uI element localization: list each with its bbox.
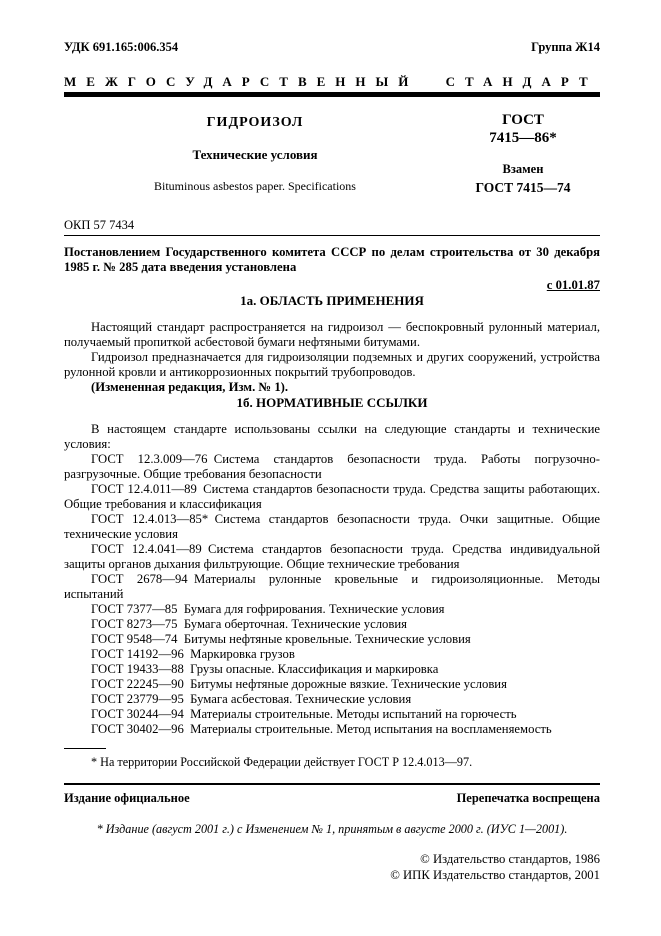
references-list: ГОСТ 12.3.009—76 Система стандартов безо… xyxy=(64,452,600,737)
decree-paragraph: Постановлением Государственного комитета… xyxy=(64,245,600,275)
official-edition-label: Издание официальное xyxy=(64,791,190,806)
copyright-line-1986: © Издательство стандартов, 1986 xyxy=(64,852,600,868)
document-page: УДК 691.165:006.354 Группа Ж14 МЕЖГОСУДА… xyxy=(0,0,661,936)
document-title-english: Bituminous asbestos paper. Specification… xyxy=(64,179,446,194)
scope-paragraph: Гидроизол предназначается для гидроизоля… xyxy=(64,350,600,380)
gost-label: ГОСТ xyxy=(446,111,600,129)
scope-paragraphs: Настоящий стандарт распространяется на г… xyxy=(64,320,600,395)
reference-item: ГОСТ 12.3.009—76 Система стандартов безо… xyxy=(64,452,600,482)
reference-item: ГОСТ 19433—88 Грузы опасные. Классификац… xyxy=(64,662,600,677)
reference-item: ГОСТ 22245—90 Битумы нефтяные дорожные в… xyxy=(64,677,600,692)
okp-code: ОКП 57 7434 xyxy=(64,218,600,233)
udk-number: УДК 691.165:006.354 xyxy=(64,40,178,55)
reference-item: ГОСТ 12.4.013—85* Система стандартов без… xyxy=(64,512,600,542)
standard-type-title: МЕЖГОСУДАРСТВЕННЫЙ СТАНДАРТ xyxy=(64,74,600,89)
copyright-block: © Издательство стандартов, 1986 © ИПК Из… xyxy=(64,852,600,883)
reference-item: ГОСТ 12.4.011—89 Система стандартов безо… xyxy=(64,482,600,512)
replaced-standard-number: ГОСТ 7415—74 xyxy=(446,180,600,195)
reprint-prohibited-label: Перепечатка воспрещена xyxy=(457,791,600,806)
edition-note: * Издание (август 2001 г.) с Изменением … xyxy=(64,822,600,837)
scope-paragraph: (Измененная редакция, Изм. № 1). xyxy=(64,380,600,395)
reference-item: ГОСТ 7377—85 Бумага для гофрирования. Те… xyxy=(64,602,600,617)
reference-item: ГОСТ 23779—95 Бумага асбестовая. Техниче… xyxy=(64,692,600,707)
document-subtitle: Технические условия xyxy=(64,147,446,162)
reference-item: ГОСТ 12.4.041—89 Система стандартов безо… xyxy=(64,542,600,572)
footnote-text: * На территории Российской Федерации дей… xyxy=(64,755,600,770)
reference-item: ГОСТ 2678—94 Материалы рулонные кровельн… xyxy=(64,572,600,602)
group-code: Группа Ж14 xyxy=(531,40,600,55)
header-divider-bar xyxy=(64,92,600,97)
replaces-label: Взамен xyxy=(446,162,600,177)
title-left-column: ГИДРОИЗОЛ Технические условия Bituminous… xyxy=(64,111,446,195)
references-intro: В настоящем стандарте использованы ссылк… xyxy=(64,422,600,452)
footer-divider-rule xyxy=(64,783,600,785)
effective-date: с 01.01.87 xyxy=(547,278,600,292)
footnote-separator-rule xyxy=(64,748,106,749)
section-heading-references: 1б. НОРМАТИВНЫЕ ССЫЛКИ xyxy=(64,395,600,410)
reference-item: ГОСТ 30402—96 Материалы строительные. Ме… xyxy=(64,722,600,737)
references-intro-wrap: В настоящем стандарте использованы ссылк… xyxy=(64,422,600,452)
gost-number: 7415—86* xyxy=(446,129,600,147)
okp-divider-rule xyxy=(64,235,600,236)
reference-item: ГОСТ 30244—94 Материалы строительные. Ме… xyxy=(64,707,600,722)
section-heading-scope: 1а. ОБЛАСТЬ ПРИМЕНЕНИЯ xyxy=(64,293,600,308)
reference-item: ГОСТ 8273—75 Бумага оберточная. Техничес… xyxy=(64,617,600,632)
title-block: ГИДРОИЗОЛ Технические условия Bituminous… xyxy=(64,111,600,195)
footer-status-row: Издание официальное Перепечатка воспреще… xyxy=(64,791,600,806)
reference-item: ГОСТ 14192—96 Маркировка грузов xyxy=(64,647,600,662)
document-title: ГИДРОИЗОЛ xyxy=(64,115,446,130)
scope-paragraph: Настоящий стандарт распространяется на г… xyxy=(64,320,600,350)
title-right-column: ГОСТ 7415—86* Взамен ГОСТ 7415—74 xyxy=(446,111,600,195)
effective-date-row: с 01.01.87 xyxy=(64,278,600,293)
copyright-line-2001: © ИПК Издательство стандартов, 2001 xyxy=(64,868,600,884)
reference-item: ГОСТ 9548—74 Битумы нефтяные кровельные.… xyxy=(64,632,600,647)
top-classification-row: УДК 691.165:006.354 Группа Ж14 xyxy=(64,40,600,55)
